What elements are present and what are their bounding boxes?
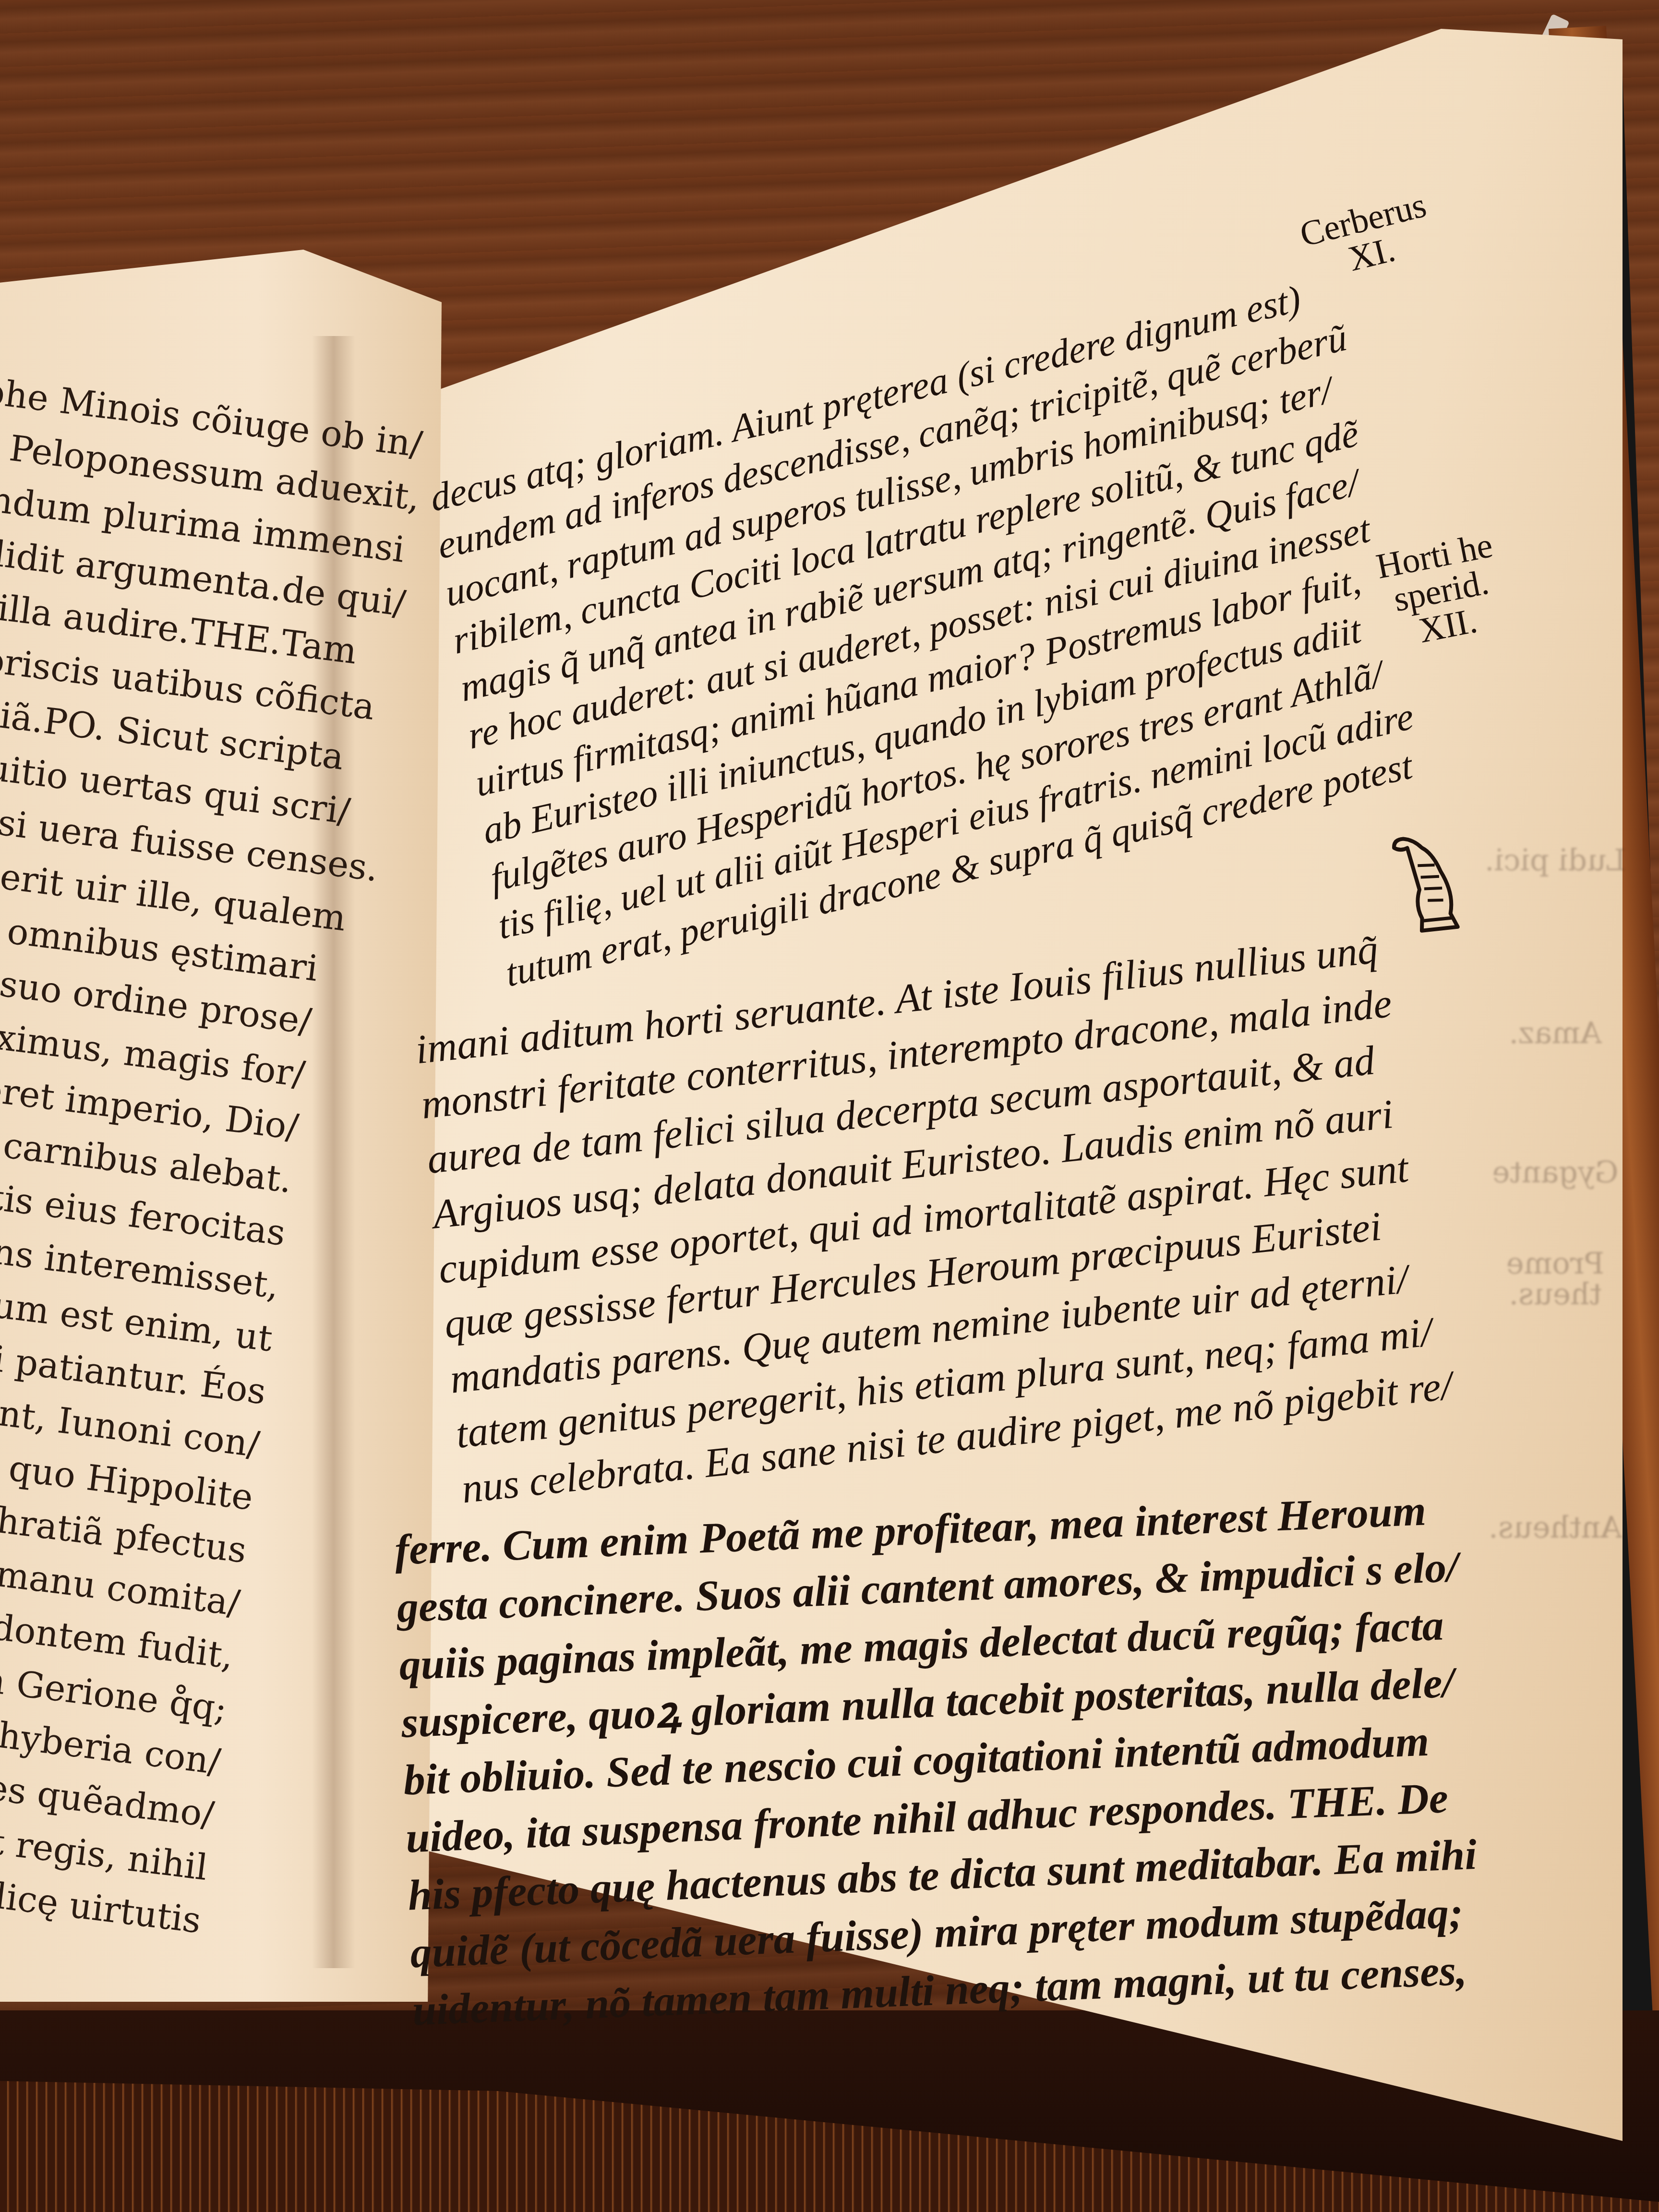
show-through-note: Gygante	[1464, 1157, 1647, 1188]
show-through-note: Amaz.	[1464, 1018, 1647, 1048]
margin-note-horti: Horti he sperid. XII.	[1373, 528, 1509, 655]
show-through-note: Prome theus.	[1464, 1248, 1647, 1310]
show-through-note: Ludi pici.	[1464, 845, 1647, 876]
right-page-text-lower: ferre. Cum enim Poetã me profitear, mea …	[394, 1480, 1493, 2040]
show-through-note: Antheus.	[1464, 1512, 1647, 1543]
